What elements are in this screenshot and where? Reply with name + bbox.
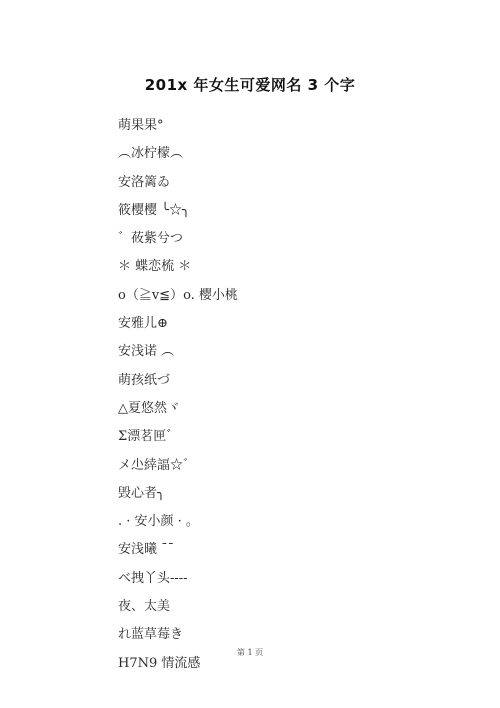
nickname-item: 毁心者╮ — [118, 480, 238, 508]
document-page: 201x 年女生可爱网名 3 个字 萌果果° ︵冰柠檬︵ 安洛篱ゐ 筱樱樱 ╰☆… — [0, 0, 500, 708]
nickname-item: 萌孩纸づ — [118, 367, 238, 395]
nickname-item: 安浅曦 ˉˉ — [118, 536, 238, 564]
page-number: 第 1 页 — [0, 647, 500, 658]
nickname-item: 萌果果° — [118, 112, 238, 140]
nickname-item: メ尐緈諨☆゛ — [118, 452, 238, 480]
nickname-item: 安浅诺 ︵ — [118, 338, 238, 366]
document-title: 201x 年女生可爱网名 3 个字 — [0, 74, 500, 95]
nickname-item: ＊ 蝶恋梳 ＊ — [118, 253, 238, 281]
nickname-item: Σ漂茗匣゛ — [118, 423, 238, 451]
nickname-item: △夏悠然ヾ — [118, 395, 238, 423]
nickname-item: 筱樱樱 ╰☆╮ — [118, 197, 238, 225]
nickname-item: 夜、太美 — [118, 593, 238, 621]
nickname-item: ベ拽丫头---- — [118, 565, 238, 593]
nickname-item: ゛莜紫兮つ — [118, 225, 238, 253]
nickname-item: れ蓝草莓き — [118, 621, 238, 649]
nickname-item: . · 安小颜 · 。 — [118, 508, 238, 536]
nickname-item: o（≧v≦）o. 樱小桃 — [118, 282, 238, 310]
nickname-item: 安雅儿⊕ — [118, 310, 238, 338]
nickname-item: ︵冰柠檬︵ — [118, 140, 238, 168]
nickname-list: 萌果果° ︵冰柠檬︵ 安洛篱ゐ 筱樱樱 ╰☆╮ ゛莜紫兮つ ＊ 蝶恋梳 ＊ o（… — [118, 112, 238, 678]
nickname-item: 安洛篱ゐ — [118, 169, 238, 197]
